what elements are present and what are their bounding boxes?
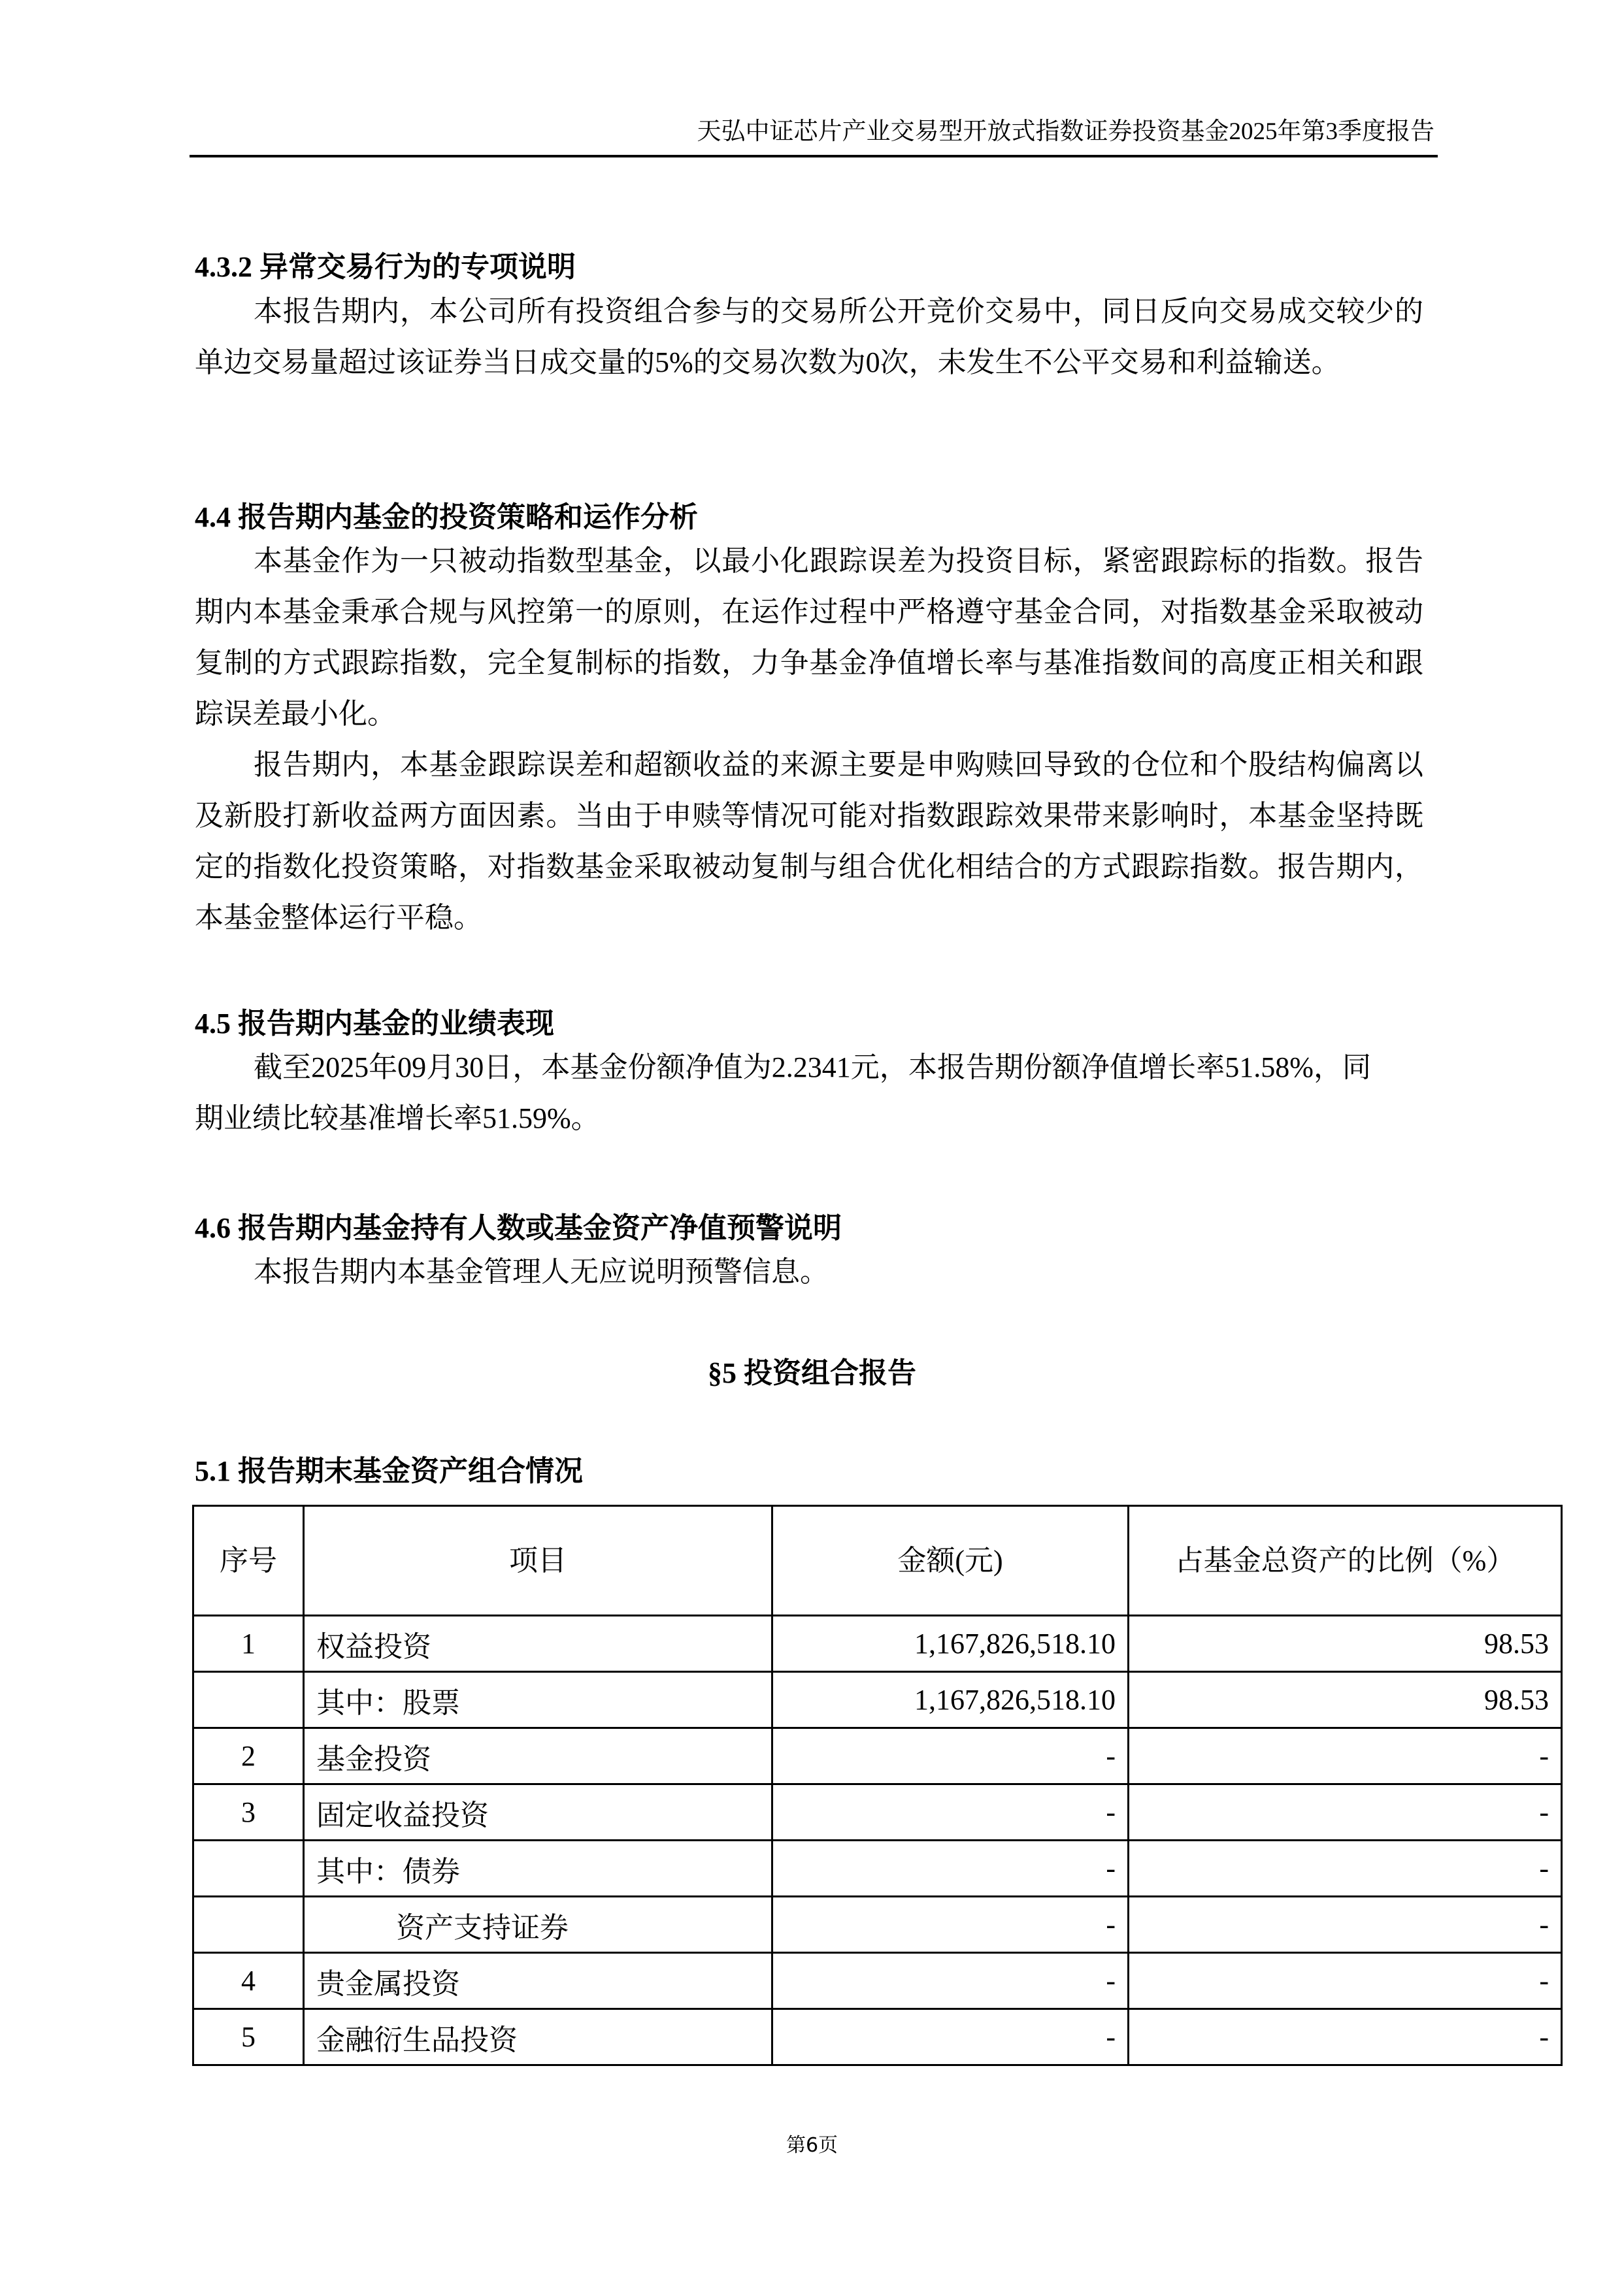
asset-allocation-table: 序号 项目 金额(元) 占基金总资产的比例（%） 1 权益投资 1,167,82… <box>192 1505 1563 2066</box>
section-heading-4-6: 4.6 报告期内基金持有人数或基金资产净值预警说明 <box>195 1204 842 1246</box>
table-row: 其中：股票 1,167,826,518.10 98.53 <box>193 1672 1562 1728</box>
row-number <box>193 1672 304 1728</box>
section-paragraph: 本基金作为一只被动指数型基金，以最小化跟踪误差为投资目标，紧密跟踪标的指数。报告… <box>195 536 1423 740</box>
row-number: 5 <box>193 2009 304 2065</box>
row-number: 2 <box>193 1728 304 1784</box>
section-paragraph: 截至2025年09月30日，本基金份额净值为2.2341元，本报告期份额净值增长… <box>195 1042 1371 1144</box>
row-percentage: 98.53 <box>1129 1672 1562 1728</box>
table-row: 其中：债券 - - <box>193 1841 1562 1897</box>
row-item: 贵金属投资 <box>304 1953 772 2009</box>
column-header-percentage: 占基金总资产的比例（%） <box>1129 1506 1562 1616</box>
row-percentage: - <box>1129 1841 1562 1897</box>
row-percentage: - <box>1129 1953 1562 2009</box>
row-percentage: - <box>1129 1784 1562 1841</box>
row-amount: 1,167,826,518.10 <box>772 1616 1129 1672</box>
row-percentage: 98.53 <box>1129 1616 1562 1672</box>
table-row: 2 基金投资 - - <box>193 1728 1562 1784</box>
section-heading-4-4: 4.4 报告期内基金的投资策略和运作分析 <box>195 493 698 535</box>
row-percentage: - <box>1129 1897 1562 1953</box>
row-amount: - <box>772 2009 1129 2065</box>
row-amount: - <box>772 1897 1129 1953</box>
section-heading-4-5: 4.5 报告期内基金的业绩表现 <box>195 1000 554 1041</box>
row-number: 4 <box>193 1953 304 2009</box>
section-paragraph: 报告期内，本基金跟踪误差和超额收益的来源主要是申购赎回导致的仓位和个股结构偏离以… <box>195 740 1423 943</box>
column-header-item: 项目 <box>304 1506 772 1616</box>
page-number: 第6页 <box>0 2129 1624 2157</box>
section-paragraph: 本报告期内本基金管理人无应说明预警信息。 <box>195 1247 1423 1298</box>
row-percentage: - <box>1129 1728 1562 1784</box>
row-number <box>193 1897 304 1953</box>
row-amount: - <box>772 1784 1129 1841</box>
row-amount: - <box>772 1953 1129 2009</box>
row-item: 固定收益投资 <box>304 1784 772 1841</box>
header-divider <box>190 155 1438 157</box>
row-item: 资产支持证券 <box>304 1897 772 1953</box>
table-header-row: 序号 项目 金额(元) 占基金总资产的比例（%） <box>193 1506 1562 1616</box>
row-number: 3 <box>193 1784 304 1841</box>
section-paragraph: 本报告期内，本公司所有投资组合参与的交易所公开竞价交易中，同日反向交易成交较少的… <box>195 286 1423 388</box>
row-number: 1 <box>193 1616 304 1672</box>
row-number <box>193 1841 304 1897</box>
chapter-heading: §5 投资组合报告 <box>0 1349 1624 1391</box>
column-header-no: 序号 <box>193 1506 304 1616</box>
section-heading-4-3-2: 4.3.2 异常交易行为的专项说明 <box>195 243 576 285</box>
table-row: 4 贵金属投资 - - <box>193 1953 1562 2009</box>
table-row: 1 权益投资 1,167,826,518.10 98.53 <box>193 1616 1562 1672</box>
row-amount: - <box>772 1841 1129 1897</box>
row-percentage: - <box>1129 2009 1562 2065</box>
row-item: 金融衍生品投资 <box>304 2009 772 2065</box>
row-item: 基金投资 <box>304 1728 772 1784</box>
column-header-amount: 金额(元) <box>772 1506 1129 1616</box>
row-item: 其中：股票 <box>304 1672 772 1728</box>
row-item: 其中：债券 <box>304 1841 772 1897</box>
table-row: 资产支持证券 - - <box>193 1897 1562 1953</box>
row-amount: 1,167,826,518.10 <box>772 1672 1129 1728</box>
row-item: 权益投资 <box>304 1616 772 1672</box>
row-amount: - <box>772 1728 1129 1784</box>
table-row: 5 金融衍生品投资 - - <box>193 2009 1562 2065</box>
table-row: 3 固定收益投资 - - <box>193 1784 1562 1841</box>
section-heading-5-1: 5.1 报告期末基金资产组合情况 <box>195 1447 583 1489</box>
report-header-title: 天弘中证芯片产业交易型开放式指数证券投资基金2025年第3季度报告 <box>697 111 1435 146</box>
